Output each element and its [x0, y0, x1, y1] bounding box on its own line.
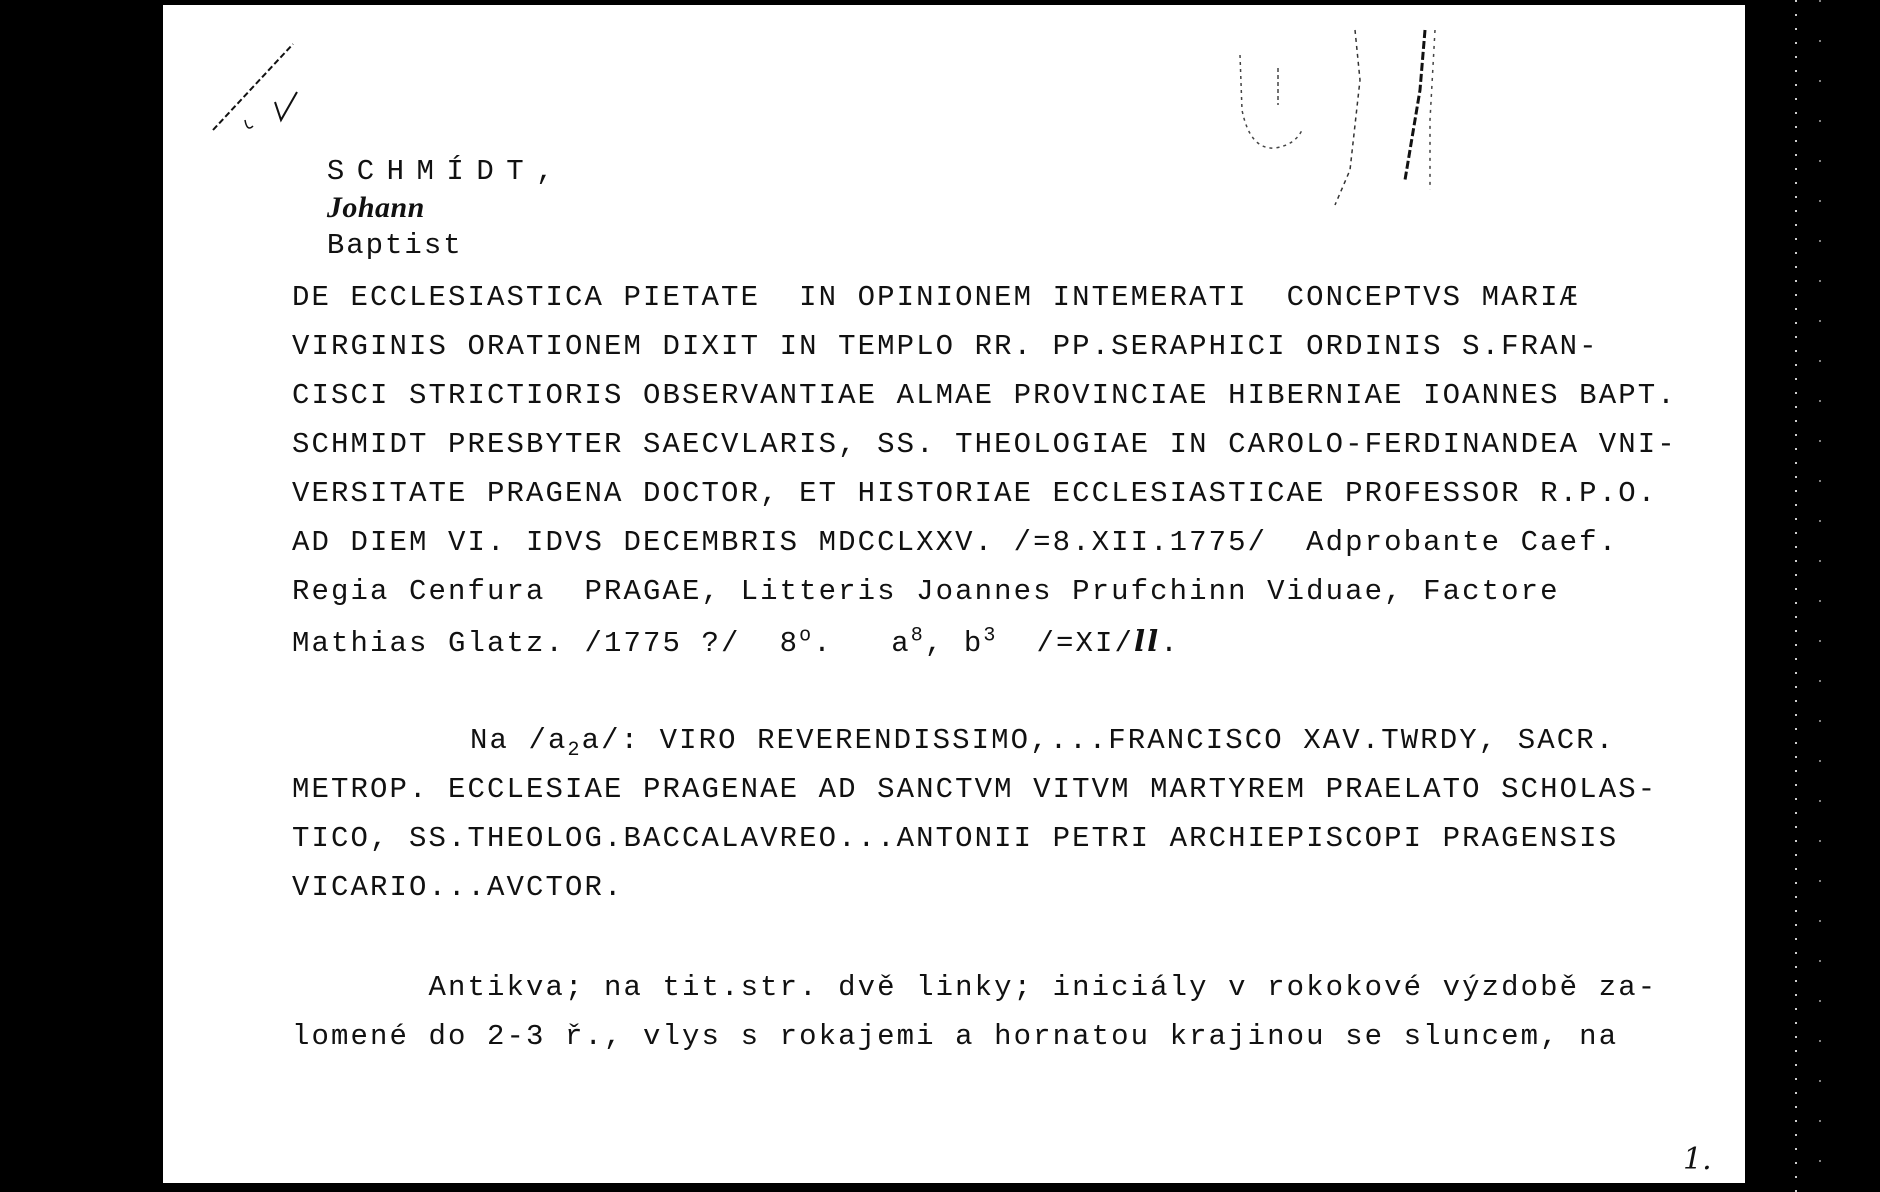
title-line: CISCI STRICTIORIS OBSERVANTIAE ALMAE PRO… — [292, 378, 1677, 414]
title-line: VERSITATE PRAGENA DOCTOR, ET HISTORIAE E… — [292, 476, 1657, 512]
author-given-name: Johann — [327, 191, 425, 224]
title-line: SCHMIDT PRESBYTER SAECVLARIS, SS. THEOLO… — [292, 427, 1677, 463]
format-dot: . — [813, 627, 833, 660]
title-line: DE ECCLESIASTICA PIETATE IN OPINIONEM IN… — [292, 280, 1579, 316]
dedication-subscript: 2 — [568, 739, 582, 762]
dedication-line: VICARIO...AVCTOR. — [292, 870, 624, 906]
description-line: lomené do 2-3 ř., vlys s rokajemi a horn… — [292, 1019, 1618, 1055]
faint-pencil-marks — [1230, 0, 1490, 210]
signature-b: b — [964, 627, 984, 660]
collation-prefix: Mathias Glatz. /1775 ?/ 8 — [292, 627, 799, 660]
signature-b-count: 3 — [983, 624, 997, 647]
dedication-line: TICO, SS.THEOLOG.BACCALAVREO...ANTONII P… — [292, 821, 1618, 857]
dedication-prefix: Na /a — [470, 724, 568, 757]
imprint-line: Regia Cenfura PRAGAE, Litteris Joannes P… — [292, 574, 1560, 610]
author-middle-name: Baptist — [327, 229, 463, 262]
handwritten-check-mark — [205, 40, 305, 140]
signature-a: a — [891, 627, 911, 660]
format-superscript: o — [799, 624, 813, 647]
dedication-text: a/: VIRO REVERENDISSIMO,...FRANCISCO XAV… — [582, 724, 1616, 757]
author-surname: SCHMÍDT, — [327, 155, 566, 188]
dedication-first-line: Na /a2a/: VIRO REVERENDISSIMO,...FRANCIS… — [470, 723, 1615, 759]
signature-separator: , — [925, 627, 964, 660]
title-line: VIRGINIS ORATIONEM DIXIT IN TEMPLO RR. P… — [292, 329, 1599, 365]
collation-end: . — [1160, 627, 1180, 660]
signature-a-count: 8 — [911, 624, 925, 647]
pagination: /=XI/ — [997, 627, 1134, 660]
handwritten-page-count: ll — [1134, 624, 1160, 658]
scan-edge-dotted-line — [1795, 0, 1797, 1192]
description-line: Antikva; na tit.str. dvě linky; iniciály… — [292, 970, 1657, 1006]
page-number: 1. — [1683, 1142, 1712, 1177]
title-line: AD DIEM VI. IDVS DECEMBRIS MDCCLXXV. /=8… — [292, 525, 1618, 561]
dedication-line: METROP. ECCLESIAE PRAGENAE AD SANCTVM VI… — [292, 772, 1657, 808]
card-heading: SCHMÍDT, Johann Baptist — [292, 118, 566, 264]
collation-line: Mathias Glatz. /1775 ?/ 8o. a8, b3 /=XI/… — [292, 623, 1180, 662]
scan-edge-dotted-line-secondary — [1819, 0, 1821, 1192]
